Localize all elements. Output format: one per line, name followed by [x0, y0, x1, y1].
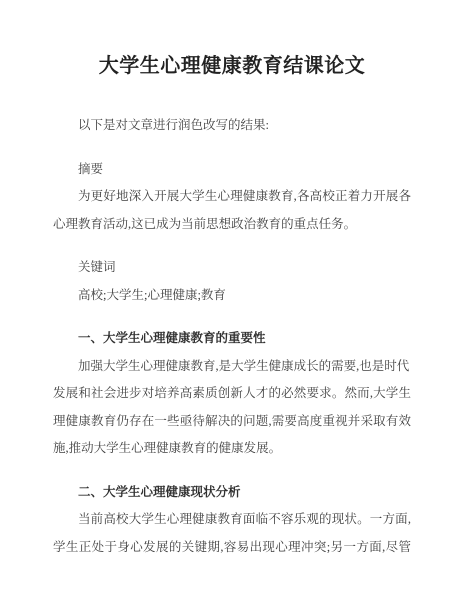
paragraph: 以下是对文章进行润色改写的结果:: [53, 112, 411, 140]
heading: 二、大学生心理健康现状分析: [53, 479, 411, 507]
doc-line: 摘要: [53, 156, 411, 184]
doc-line: 施,推动大学生心理健康教育的健康发展。: [53, 435, 411, 463]
doc-line: 发展和社会进步对培养高素质创新人才的必然要求。然而,大学生心: [53, 380, 411, 408]
doc-line: 为更好地深入开展大学生心理健康教育,各高校正着力开展各项: [53, 183, 411, 211]
doc-line: 理健康教育仍存在一些亟待解决的问题,需要高度重视并采取有效措: [53, 408, 411, 436]
paragraph: 为更好地深入开展大学生心理健康教育,各高校正着力开展各项心理教育活动,这已成为当…: [53, 183, 411, 238]
doc-line: 二、大学生心理健康现状分析: [53, 479, 411, 507]
doc-line: 学生正处于身心发展的关键期,容易出现心理冲突;另一方面,尽管高: [53, 534, 411, 562]
doc-line: 当前高校大学生心理健康教育面临不容乐观的现状。一方面,大: [53, 506, 411, 534]
doc-line: 加强大学生心理健康教育,是大学生健康成长的需要,也是时代: [53, 353, 411, 381]
label: 关键词: [53, 254, 411, 282]
paragraph: 高校;大学生;心理健康;教育: [53, 282, 411, 310]
paragraph: 加强大学生心理健康教育,是大学生健康成长的需要,也是时代发展和社会进步对培养高素…: [53, 353, 411, 463]
doc-line: 关键词: [53, 254, 411, 282]
doc-line: 高校;大学生;心理健康;教育: [53, 282, 411, 310]
doc-line: 以下是对文章进行润色改写的结果:: [53, 112, 411, 140]
heading: 一、大学生心理健康教育的重要性: [53, 325, 411, 353]
paragraph: 当前高校大学生心理健康教育面临不容乐观的现状。一方面,大学生正处于身心发展的关键…: [53, 506, 411, 561]
doc-line: 一、大学生心理健康教育的重要性: [53, 325, 411, 353]
document-page: 大学生心理健康教育结课论文 以下是对文章进行润色改写的结果:摘要为更好地深入开展…: [0, 0, 463, 600]
document-body: 以下是对文章进行润色改写的结果:摘要为更好地深入开展大学生心理健康教育,各高校正…: [53, 112, 411, 561]
label: 摘要: [53, 156, 411, 184]
document-title: 大学生心理健康教育结课论文: [53, 53, 411, 80]
doc-line: 心理教育活动,这已成为当前思想政治教育的重点任务。: [53, 211, 411, 239]
